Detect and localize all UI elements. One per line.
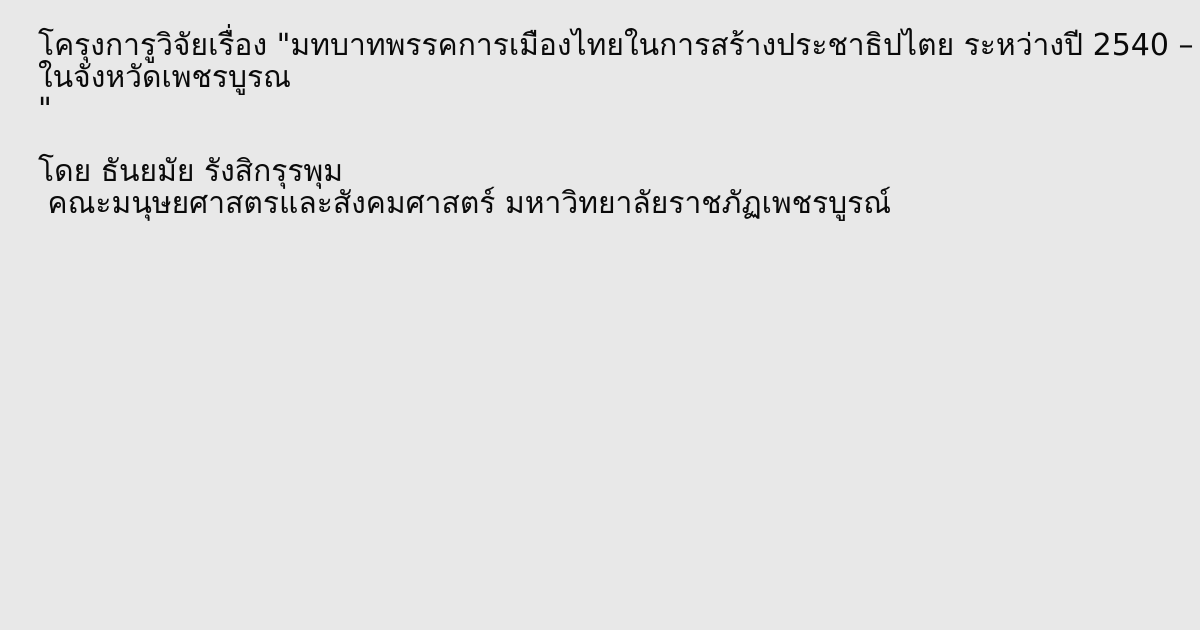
research-title-closing-quote: " [38,94,1164,126]
author-affiliation: คณะมนุษยศาสตรและสังคมศาสตร์ มหาวิทยาลัยร… [38,188,1164,220]
title-byline-gap [38,126,1164,156]
og-card: โครุงการูวิจัยเรื่อง "มทบาทพรรคการเมืองไ… [0,0,1200,630]
research-title-line-2: ในจังหวัดเพชรบูรณ [38,62,1164,94]
research-title-line-1: โครุงการูวิจัยเรื่อง "มทบาทพรรคการเมืองไ… [38,30,1164,62]
author-byline: โดย ธันยมัย รังสิกรุรพุม [38,156,1164,188]
